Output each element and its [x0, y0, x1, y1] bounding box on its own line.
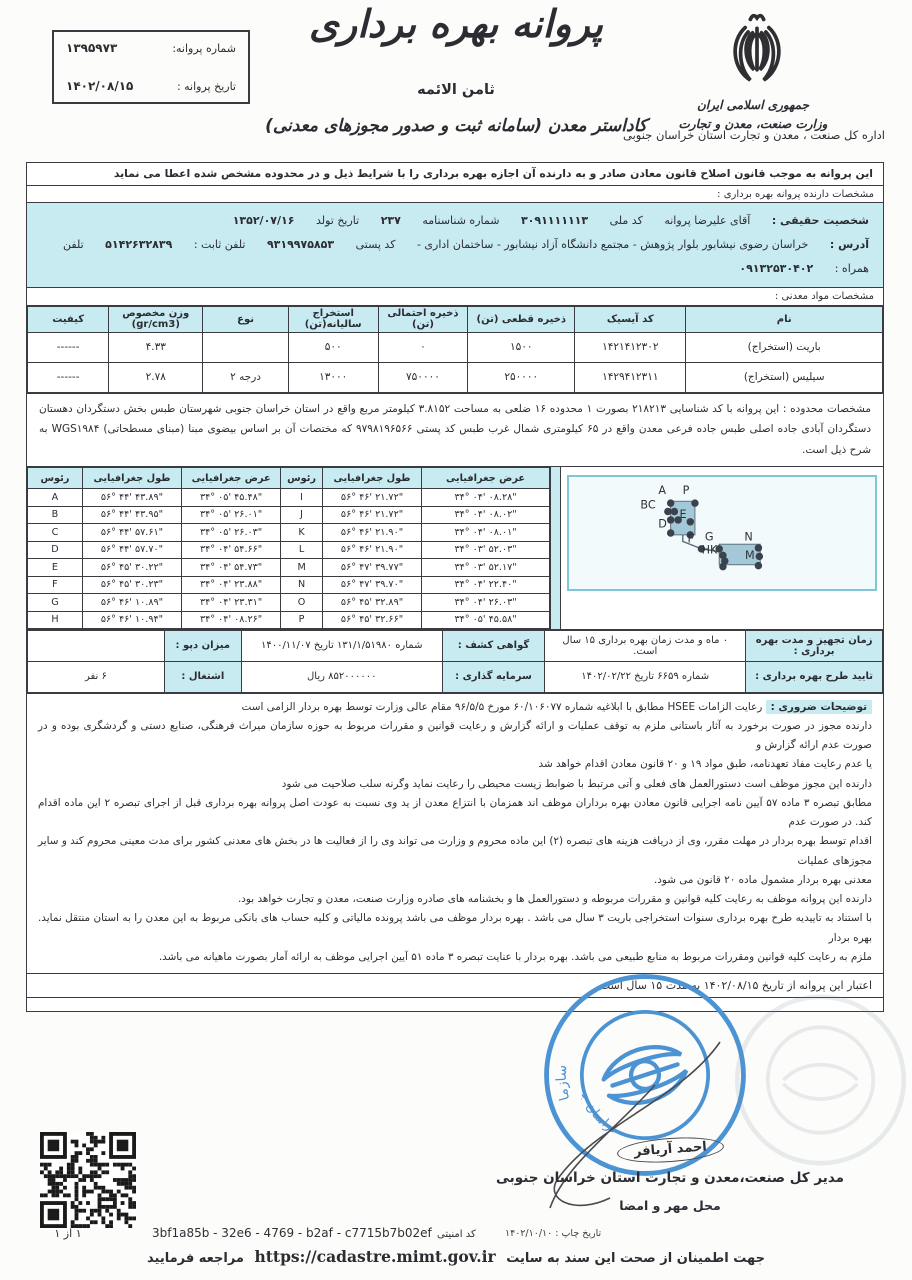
- table-cell: G: [28, 594, 83, 612]
- security-code-label: کد امنیتی: [437, 1229, 476, 1240]
- table-cell: ------: [28, 332, 109, 362]
- table-row: ۳۴° ۰۴' ۲۶.۰۳"۵۶° ۴۵' ۳۲.۸۹"O۳۴° ۰۴' ۲۳.…: [28, 594, 550, 612]
- table-cell: ۳۴° ۰۳' ۵۲.۰۳": [422, 541, 550, 559]
- table-cell: ۵۶° ۴۷' ۳۹.۷۰": [322, 576, 421, 594]
- table-row: ۳۴° ۰۴' ۰۸.۰۲"۵۶° ۴۶' ۲۱.۷۲"J۳۴° ۰۵' ۲۶.…: [28, 506, 550, 524]
- table-cell: ۲.۷۸: [109, 362, 203, 392]
- verify-text-pre: جهت اطمینان از صحت این سند به سایت: [506, 1251, 765, 1266]
- table-row: ۳۴° ۰۵' ۴۵.۵۸"۵۶° ۴۵' ۳۲.۶۶"P۳۴° ۰۴' ۰۸.…: [28, 611, 550, 629]
- qr-code: [40, 1132, 136, 1228]
- license-document: جمهوری اسلامی ایران وزارت صنعت، معدن و ت…: [0, 0, 912, 1280]
- terms-hsee-line: رعایت الزامات HSEE مطابق با ابلاغیه شمار…: [242, 701, 763, 713]
- table-cell: ۳۴° ۰۵' ۴۵.۵۸": [422, 611, 550, 629]
- table-cell: ------: [28, 362, 109, 392]
- table-cell: ۵۶° ۴۵' ۳۰.۲۲": [82, 559, 181, 577]
- address: خراسان رضوی نیشابور بلوار پژوهش - مجتمع …: [417, 238, 808, 251]
- coords-header-row: عرض جغرافیاییطول جغرافیاییرئوسعرض جغرافی…: [28, 468, 550, 489]
- table-cell: ۲۵۰۰۰۰: [468, 362, 575, 392]
- table-cell: N: [281, 576, 323, 594]
- verify-text-post: مراجعه فرمایید: [147, 1251, 244, 1266]
- table-cell: ۱۴۲۹۴۱۲۳۱۱: [575, 362, 686, 392]
- holder-address-line: آدرس : خراسان رضوی نیشابور بلوار پژوهش -…: [41, 233, 869, 280]
- table-cell: سیلیس (استخراج): [686, 362, 883, 392]
- table-cell: ۰ ماه و مدت زمان بهره برداری ۱۵ سال است.: [545, 630, 746, 661]
- table-cell: C: [28, 524, 83, 542]
- cadastre-line: کاداستر معدن (سامانه ثبت و صدور مجوزهای …: [0, 116, 912, 136]
- table-cell: ۳۴° ۰۴' ۰۸.۲۸": [422, 489, 550, 507]
- table-cell: ۵۶° ۴۴' ۵۷.۶۱": [82, 524, 181, 542]
- signatory-name: احمد آریافر: [600, 1138, 740, 1162]
- coords-divider-strip: [550, 467, 561, 629]
- table-cell: ۳۴° ۰۴' ۵۴.۷۳": [182, 559, 281, 577]
- info-table: زمان تجهیز و مدت بهره برداری :۰ ماه و مد…: [27, 630, 883, 693]
- info-rows-box: زمان تجهیز و مدت بهره برداری :۰ ماه و مد…: [26, 629, 884, 694]
- map-label-hk: HK: [702, 544, 718, 557]
- security-code: 3bf1a85b - 32e6 - 4769 - b2af - c7715b7b…: [152, 1226, 432, 1240]
- license-number-box: شماره پروانه: ۱۳۹۵۹۷۳ تاریخ پروانه : ۱۴۰…: [52, 30, 250, 104]
- map-label-f: F: [688, 532, 694, 545]
- map-label-p: P: [683, 484, 690, 497]
- terms-line: دارنده این مجوز موظف است دستورالعمل های …: [38, 775, 872, 794]
- coords-rows: ۳۴° ۰۴' ۰۸.۲۸"۵۶° ۴۶' ۲۱.۷۲"I۳۴° ۰۵' ۴۵.…: [28, 489, 550, 629]
- column-header: ذخیره احتمالی (تن): [378, 306, 468, 332]
- table-cell: ۳۴° ۰۴' ۰۸.۰۱": [422, 524, 550, 542]
- table-cell: ۵۰۰: [288, 332, 378, 362]
- table-row: ۳۴° ۰۳' ۵۲.۰۳"۵۶° ۴۶' ۲۱.۹۰"L۳۴° ۰۴' ۵۴.…: [28, 541, 550, 559]
- table-cell: ۵۶° ۴۶' ۱۰.۸۹": [82, 594, 181, 612]
- table-cell: ۰: [378, 332, 468, 362]
- column-header: رئوس: [28, 468, 83, 489]
- terms-line: یا عدم رعایت مفاد تعهدنامه، طبق مواد ۱۹ …: [38, 755, 872, 774]
- page-number: ۱ از ۱: [28, 1227, 108, 1240]
- mobile: ۰۹۱۳۲۵۳۰۴۰۲: [739, 262, 813, 275]
- table-cell: P: [281, 611, 323, 629]
- table-row: تایید طرح بهره برداری :شماره ۶۶۵۹ تاریخ …: [28, 661, 883, 692]
- table-cell: O: [281, 594, 323, 612]
- table-cell: ۶ نفر: [28, 661, 165, 692]
- table-cell: ۳۴° ۰۴' ۵۴.۶۶": [182, 541, 281, 559]
- column-header: نوع: [203, 306, 289, 332]
- terms-line: اقدام توسط بهره بردار در مهلت مقرر، وی ا…: [38, 832, 872, 871]
- table-cell: J: [281, 506, 323, 524]
- table-cell: A: [28, 489, 83, 507]
- map-svg: A P BC D E F G HK N M: [569, 477, 875, 589]
- stamp-ring-text-top: سازمان صنعت ، معدن و تجارت: [538, 983, 580, 1110]
- table-cell: شماره ۶۶۵۹ تاریخ ۱۴۰۲/۰۲/۲۲: [545, 661, 746, 692]
- table-cell: میزان دپو :: [164, 630, 241, 661]
- minerals-table: نامکد آیسیکذخیره قطعی (تن)ذخیره احتمالی …: [27, 306, 883, 393]
- column-header: طول جغرافیایی: [82, 468, 181, 489]
- column-header: کیفیت: [28, 306, 109, 332]
- national-id: ۳۰۹۱۱۱۱۱۱۳: [521, 214, 588, 227]
- table-cell: ۵۶° ۴۵' ۳۰.۲۳": [82, 576, 181, 594]
- faint-stamp-impression: [728, 980, 912, 1180]
- table-cell: باریت (استخراج): [686, 332, 883, 362]
- national-id-label: کد ملی: [610, 214, 643, 227]
- dob-label: تاریخ تولد: [316, 214, 359, 227]
- verification-line: جهت اطمینان از صحت این سند به سایت https…: [0, 1247, 912, 1266]
- table-cell: ۳۴° ۰۴' ۲۲.۴۰": [422, 576, 550, 594]
- table-cell: D: [28, 541, 83, 559]
- map-label-g: G: [705, 530, 714, 543]
- table-row: باریت (استخراج)۱۴۲۱۴۱۲۳۰۲۱۵۰۰۰۵۰۰۴.۳۳---…: [28, 332, 883, 362]
- table-cell: ۳۴° ۰۳' ۵۲.۱۷": [422, 559, 550, 577]
- table-cell: I: [281, 489, 323, 507]
- signatory-title: مدیر کل صنعت،معدن و تجارت استان خراسان ج…: [440, 1170, 900, 1186]
- table-cell: [28, 630, 165, 661]
- holder-identity-line: شخصیت حقیقی : آقای علیرضا پروانه کد ملی …: [41, 209, 869, 233]
- minerals-rows: باریت (استخراج)۱۴۲۱۴۱۲۳۰۲۱۵۰۰۰۵۰۰۴.۳۳---…: [28, 332, 883, 392]
- terms-label: توضیحات ضروری :: [766, 700, 872, 714]
- table-cell: ۵۶° ۴۵' ۳۲.۸۹": [322, 594, 421, 612]
- postal-label: کد پستی: [356, 238, 396, 251]
- address-label: آدرس :: [830, 238, 869, 251]
- print-date: تاریخ چاپ : ۱۴۰۲/۱۰/۱۰: [505, 1228, 601, 1239]
- column-header: عرض جغرافیایی: [182, 468, 281, 489]
- column-header: کد آیسیک: [575, 306, 686, 332]
- minerals-section-title: مشخصات مواد معدنی :: [26, 287, 884, 306]
- table-cell: ۵۶° ۴۶' ۲۱.۷۲": [322, 489, 421, 507]
- gov-line-1: جمهوری اسلامی ایران: [638, 96, 868, 115]
- terms-line: دارنده مجوز در صورت برخورد به آثار باستا…: [38, 717, 872, 756]
- table-row: سیلیس (استخراج)۱۴۲۹۴۱۲۳۱۱۲۵۰۰۰۰۷۵۰۰۰۰۱۳۰…: [28, 362, 883, 392]
- terms-line: معدنی بهره بردار مشمول ماده ۲۰ قانون می …: [38, 871, 872, 890]
- signatory-name-text: احمد آریافر: [616, 1134, 724, 1165]
- table-cell: ۵۶° ۴۶' ۱۰.۹۴": [82, 611, 181, 629]
- table-cell: ۳۴° ۰۴' ۲۳.۸۸": [182, 576, 281, 594]
- map-label-a: A: [658, 484, 666, 497]
- map-label-n: N: [744, 530, 752, 543]
- column-header: ذخیره قطعی (تن): [468, 306, 575, 332]
- table-cell: ۸۵۲۰۰۰۰۰۰ ریال: [241, 661, 442, 692]
- column-header: طول جغرافیایی: [322, 468, 421, 489]
- table-cell: ۵۶° ۴۶' ۲۱.۹۰": [322, 524, 421, 542]
- table-cell: E: [28, 559, 83, 577]
- table-cell: ۷۵۰۰۰۰: [378, 362, 468, 392]
- document-body: این پروانه به موجب قانون اصلاح قانون معا…: [26, 163, 884, 1012]
- table-cell: ۳۴° ۰۵' ۲۶.۰۱": [182, 506, 281, 524]
- holder-section-title: مشخصات دارنده پروانه بهره برداری :: [26, 185, 884, 204]
- table-row: ۳۴° ۰۳' ۵۲.۱۷"۵۶° ۴۷' ۳۹.۷۷"M۳۴° ۰۴' ۵۴.…: [28, 559, 550, 577]
- table-cell: M: [281, 559, 323, 577]
- dob: ۱۳۵۲/۰۷/۱۶: [233, 214, 295, 227]
- table-cell: ۱۳۰۰۰: [288, 362, 378, 392]
- mine-boundary-map: A P BC D E F G HK N M: [567, 475, 877, 591]
- tel-label: تلفن ثابت :: [194, 238, 246, 251]
- telephone: ۵۱۴۲۶۳۲۸۳۹: [105, 238, 172, 251]
- zone-description: مشخصات محدوده : این پروانه با کد شناسایی…: [26, 393, 884, 467]
- terms-lines: دارنده مجوز در صورت برخورد به آثار باستا…: [38, 717, 872, 967]
- holder-details: شخصیت حقیقی : آقای علیرضا پروانه کد ملی …: [26, 202, 884, 288]
- table-cell: ۵۶° ۴۴' ۵۷.۷۰": [82, 541, 181, 559]
- verify-url-link[interactable]: https://cadastre.mimt.gov.ir: [254, 1247, 495, 1266]
- table-row: ۳۴° ۰۴' ۲۲.۴۰"۵۶° ۴۷' ۳۹.۷۰"N۳۴° ۰۴' ۲۳.…: [28, 576, 550, 594]
- column-header: نام: [686, 306, 883, 332]
- table-cell: اشتغال :: [164, 661, 241, 692]
- table-cell: سرمایه گذاری :: [442, 661, 545, 692]
- table-cell: ۱۵۰۰: [468, 332, 575, 362]
- map-label-bc: BC: [640, 499, 655, 512]
- coordinates-table: عرض جغرافیاییطول جغرافیاییرئوسعرض جغرافی…: [27, 467, 550, 629]
- holder-type-label: شخصیت حقیقی :: [772, 214, 869, 227]
- stamp-place-label: محل مهر و امضا: [440, 1198, 900, 1213]
- column-header: استخراج سالیانه(تن): [288, 306, 378, 332]
- table-cell: درجه ۲: [203, 362, 289, 392]
- terms-line: با استناد به تاییدیه طرح بهره برداری سنو…: [38, 909, 872, 948]
- table-cell: H: [28, 611, 83, 629]
- table-cell: ۴.۳۳: [109, 332, 203, 362]
- table-cell: ۳۴° ۰۵' ۴۵.۴۸": [182, 489, 281, 507]
- table-cell: ۵۶° ۴۶' ۲۱.۷۲": [322, 506, 421, 524]
- ssn: ۲۳۷: [381, 214, 401, 227]
- column-header: رئوس: [281, 468, 323, 489]
- table-cell: ۳۴° ۰۵' ۲۶.۰۳": [182, 524, 281, 542]
- table-cell: K: [281, 524, 323, 542]
- column-header: وزن مخصوص (gr/cm3): [109, 306, 203, 332]
- table-cell: ۳۴° ۰۴' ۲۶.۰۳": [422, 594, 550, 612]
- stamp-center-emblem: [598, 1038, 692, 1113]
- map-label-e: E: [679, 508, 686, 521]
- table-cell: زمان تجهیز و مدت بهره برداری :: [746, 630, 883, 661]
- table-cell: ۳۴° ۰۴' ۰۸.۰۲": [422, 506, 550, 524]
- table-cell: ۳۴° ۰۴' ۰۸.۲۶": [182, 611, 281, 629]
- table-cell: تایید طرح بهره برداری :: [746, 661, 883, 692]
- table-cell: ۵۶° ۴۷' ۳۹.۷۷": [322, 559, 421, 577]
- terms-line: دارنده این پروانه موظف به رعایت کلیه قوا…: [38, 890, 872, 909]
- terms-line: ملزم به رعایت کلیه قوانین ومقررات مربوط …: [38, 948, 872, 967]
- holder-name: آقای علیرضا پروانه: [664, 214, 750, 227]
- table-cell: ۳۴° ۰۴' ۲۳.۳۱": [182, 594, 281, 612]
- table-cell: ۵۶° ۴۵' ۳۲.۶۶": [322, 611, 421, 629]
- coords-table-wrap: عرض جغرافیاییطول جغرافیاییرئوسعرض جغرافی…: [27, 467, 550, 629]
- license-date-label: تاریخ پروانه :: [177, 80, 236, 93]
- table-cell: [203, 332, 289, 362]
- minerals-table-box: نامکد آیسیکذخیره قطعی (تن)ذخیره احتمالی …: [26, 305, 884, 394]
- declaration-bar: این پروانه به موجب قانون اصلاح قانون معا…: [26, 162, 884, 186]
- terms-first-line: توضیحات ضروری : رعایت الزامات HSEE مطابق…: [38, 698, 872, 717]
- license-number-label: شماره پروانه:: [172, 42, 236, 55]
- license-date-value: ۱۴۰۲/۰۸/۱۵: [66, 79, 133, 93]
- map-cell: A P BC D E F G HK N M: [561, 467, 883, 629]
- info-rows: زمان تجهیز و مدت بهره برداری :۰ ماه و مد…: [28, 630, 883, 692]
- table-row: زمان تجهیز و مدت بهره برداری :۰ ماه و مد…: [28, 630, 883, 661]
- license-number-value: ۱۳۹۵۹۷۳: [66, 41, 117, 55]
- map-label-m: M: [745, 549, 755, 562]
- table-cell: ۵۶° ۴۴' ۴۳.۹۵": [82, 506, 181, 524]
- map-label-d: D: [658, 517, 667, 530]
- coordinates-section: A P BC D E F G HK N M: [26, 466, 884, 630]
- table-cell: گواهی کشف :: [442, 630, 545, 661]
- table-row: ۳۴° ۰۴' ۰۸.۰۱"۵۶° ۴۶' ۲۱.۹۰"K۳۴° ۰۵' ۲۶.…: [28, 524, 550, 542]
- table-cell: L: [281, 541, 323, 559]
- svg-text:سازمان صنعت ، معدن و تجارت: سازمان صنعت ، معدن و تجارت: [538, 983, 580, 1110]
- table-cell: ۵۶° ۴۶' ۲۱.۹۰": [322, 541, 421, 559]
- table-row: ۳۴° ۰۴' ۰۸.۲۸"۵۶° ۴۶' ۲۱.۷۲"I۳۴° ۰۵' ۴۵.…: [28, 489, 550, 507]
- terms-section: توضیحات ضروری : رعایت الزامات HSEE مطابق…: [26, 693, 884, 975]
- minerals-header-row: نامکد آیسیکذخیره قطعی (تن)ذخیره احتمالی …: [28, 306, 883, 332]
- table-cell: ۵۶° ۴۴' ۴۳.۸۹": [82, 489, 181, 507]
- table-cell: F: [28, 576, 83, 594]
- table-cell: B: [28, 506, 83, 524]
- terms-line: مطابق تبصره ۳ ماده ۵۷ آیین نامه اجرایی ق…: [38, 794, 872, 833]
- column-header: عرض جغرافیایی: [422, 468, 550, 489]
- postal-code: ۹۳۱۹۹۷۵۸۵۳: [267, 238, 334, 251]
- table-cell: شماره ۱۳۱/۱/۵۱۹۸۰ تاریخ ۱۴۰۰/۱۱/۰۷: [241, 630, 442, 661]
- ssn-label: شماره شناسنامه: [422, 214, 499, 227]
- table-cell: ۱۴۲۱۴۱۲۳۰۲: [575, 332, 686, 362]
